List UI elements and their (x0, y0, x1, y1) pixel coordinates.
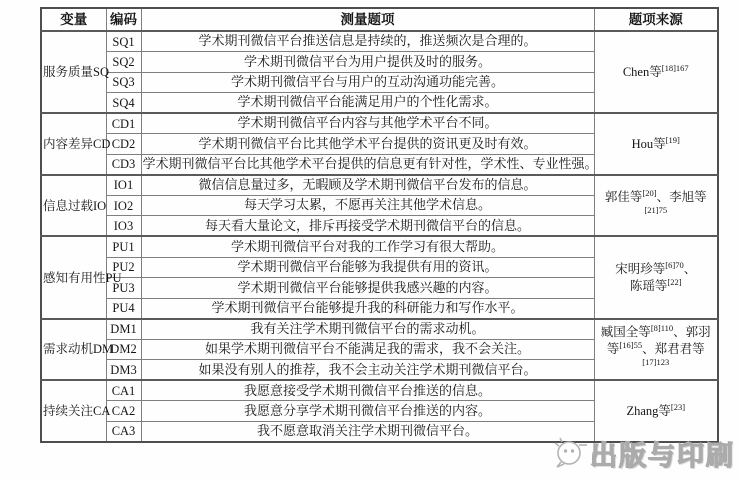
item-cell: 学术期刊微信平台能够提供我感兴趣的内容。 (141, 278, 594, 299)
item-cell: 如果没有别人的推荐，我不会主动关注学术期刊微信平台。 (141, 360, 594, 381)
item-cell: 微信信息量过多，无暇顾及学术期刊微信平台发布的信息。 (141, 175, 594, 196)
code-cell: CA3 (106, 421, 141, 442)
citation-superscript: [20] (642, 188, 656, 198)
code-cell: IO3 (106, 216, 141, 237)
citation-superscript: [6]70 (665, 260, 683, 270)
item-cell: 我有关注学术期刊微信平台的需求动机。 (141, 319, 594, 340)
code-cell: CA1 (106, 380, 141, 401)
item-cell: 学术期刊微信平台为用户提供及时的服务。 (141, 52, 594, 73)
item-cell: 学术期刊微信平台比其他学术平台提供的资讯更及时有效。 (141, 134, 594, 155)
variable-cell: 内容差异CD (41, 113, 106, 175)
variable-cell: 服务质量SQ (41, 31, 106, 113)
code-cell: PU1 (106, 236, 141, 257)
table-row: 服务质量SQSQ1学术期刊微信平台推送信息是持续的，推送频次是合理的。Chen等… (41, 31, 718, 52)
variable-cell: 持续关注CA (41, 380, 106, 442)
item-cell: 我愿意接受学术期刊微信平台推送的信息。 (141, 380, 594, 401)
header-cell-source: 题项来源 (594, 8, 718, 31)
item-cell: 我不愿意取消关注学术期刊微信平台。 (141, 421, 594, 442)
table-row: 信息过载IOIO1微信信息量过多，无暇顾及学术期刊微信平台发布的信息。郭佳等[2… (41, 175, 718, 196)
variable-cell: 感知有用性PU (41, 236, 106, 318)
citation-superscript: [23] (671, 402, 685, 412)
code-cell: SQ2 (106, 52, 141, 73)
code-cell: IO1 (106, 175, 141, 196)
item-cell: 如果学术期刊微信平台不能满足我的需求，我不会关注。 (141, 339, 594, 360)
item-cell: 学术期刊微信平台能够为我提供有用的资讯。 (141, 257, 594, 278)
page: 变量 编码 测量题项 题项来源 服务质量SQSQ1学术期刊微信平台推送信息是持续… (0, 0, 738, 480)
item-cell: 学术期刊微信平台能够提升我的科研能力和写作水平。 (141, 298, 594, 319)
item-cell: 每天看大量论文，排斥再接受学术期刊微信平台的信息。 (141, 216, 594, 237)
table-row: 内容差异CDCD1学术期刊微信平台内容与其他学术平台不同。Hou等[19] (41, 113, 718, 134)
source-cell: 臧国全等[8]110、郭羽等[16]55、郑君君等[17]123 (594, 319, 718, 381)
citation-superscript: [22] (667, 276, 681, 286)
source-cell: Zhang等[23] (594, 380, 718, 442)
source-cell: 郭佳等[20]、李旭等[21]75 (594, 175, 718, 237)
item-cell: 学术期刊微信平台能满足用户的个性化需求。 (141, 93, 594, 114)
code-cell: CA2 (106, 401, 141, 422)
code-cell: CD1 (106, 113, 141, 134)
code-cell: DM1 (106, 319, 141, 340)
item-cell: 学术期刊微信平台对我的工作学习有很大帮助。 (141, 236, 594, 257)
source-cell: Chen等[18]167 (594, 31, 718, 113)
citation-superscript: [21]75 (644, 204, 667, 214)
variable-cell: 需求动机DM (41, 319, 106, 381)
item-cell: 每天学习太累，不愿再关注其他学术信息。 (141, 195, 594, 216)
table-row: 需求动机DMDM1我有关注学术期刊微信平台的需求动机。臧国全等[8]110、郭羽… (41, 319, 718, 340)
code-cell: SQ1 (106, 31, 141, 52)
header-cell-item: 测量题项 (141, 8, 594, 31)
citation-superscript: [8]110 (651, 323, 673, 333)
code-cell: CD2 (106, 134, 141, 155)
source-cell: Hou等[19] (594, 113, 718, 175)
code-cell: IO2 (106, 195, 141, 216)
code-cell: DM2 (106, 339, 141, 360)
citation-superscript: [16]55 (619, 340, 642, 350)
citation-superscript: [19] (666, 134, 680, 144)
header-cell-code: 编码 (106, 8, 141, 31)
variable-cell: 信息过载IO (41, 175, 106, 237)
code-cell: PU4 (106, 298, 141, 319)
header-row: 变量 编码 测量题项 题项来源 (41, 8, 718, 31)
item-cell: 我愿意分享学术期刊微信平台推送的内容。 (141, 401, 594, 422)
source-cell: 宋明珍等[6]70、陈瑶等[22] (594, 236, 718, 318)
item-cell: 学术期刊微信平台比其他学术平台提供的信息更有针对性，学术性、专业性强。 (141, 154, 594, 175)
code-cell: DM3 (106, 360, 141, 381)
table-row: 感知有用性PUPU1学术期刊微信平台对我的工作学习有很大帮助。宋明珍等[6]70… (41, 236, 718, 257)
citation-superscript: [18]167 (662, 63, 689, 73)
measurement-items-table: 变量 编码 测量题项 题项来源 服务质量SQSQ1学术期刊微信平台推送信息是持续… (40, 7, 719, 443)
code-cell: CD3 (106, 154, 141, 175)
header-cell-variable: 变量 (41, 8, 106, 31)
table-body: 服务质量SQSQ1学术期刊微信平台推送信息是持续的，推送频次是合理的。Chen等… (41, 31, 718, 442)
item-cell: 学术期刊微信平台推送信息是持续的，推送频次是合理的。 (141, 31, 594, 52)
item-cell: 学术期刊微信平台与用户的互动沟通功能完善。 (141, 72, 594, 93)
table-row: 持续关注CACA1我愿意接受学术期刊微信平台推送的信息。Zhang等[23] (41, 380, 718, 401)
code-cell: SQ4 (106, 93, 141, 114)
code-cell: SQ3 (106, 72, 141, 93)
citation-superscript: [17]123 (642, 357, 669, 367)
item-cell: 学术期刊微信平台内容与其他学术平台不同。 (141, 113, 594, 134)
